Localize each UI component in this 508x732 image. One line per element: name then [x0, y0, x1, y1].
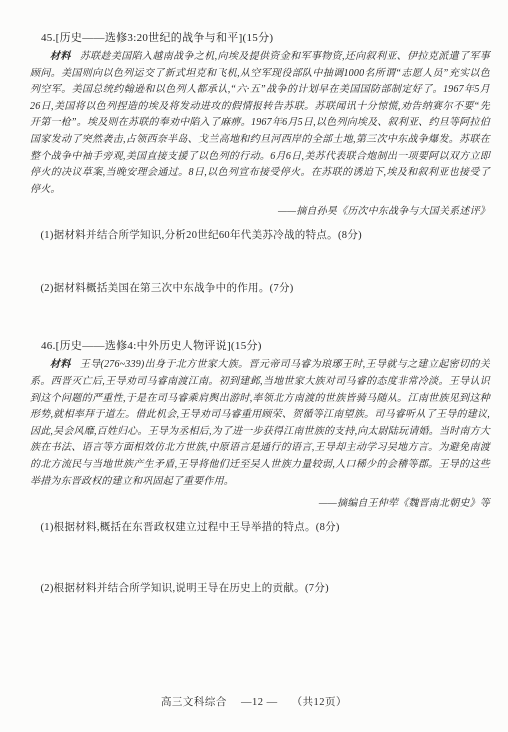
question-45-heading: 45.[历史——选修3:20世纪的战争与和平](15分)	[30, 30, 490, 47]
question-45-material: 材料苏联趁美国陷入越南战争之机,向埃及提供资金和军事物资,还向叙利亚、伊拉克派遣…	[30, 49, 490, 198]
question-45-sub-1: (1)据材料并结合所学知识,分析20世纪60年代美苏冷战的特点。(8分)	[30, 228, 490, 243]
question-46-source: ——摘编自王仲荦《魏晋南北朝史》等	[30, 496, 490, 512]
footer-page-number: —12 —	[241, 697, 278, 708]
material-text: 王导(276~339)出身于北方世家大族。晋元帝司马睿为琅琊王时,王导就与之建立…	[30, 359, 490, 486]
footer-course: 高三文科综合	[161, 697, 227, 708]
material-text: 苏联趁美国陷入越南战争之机,向埃及提供资金和军事物资,还向叙利亚、伊拉克派遣了军…	[30, 51, 490, 195]
question-46: 46.[历史——选修4:中外历史人物评说](15分) 材料王导(276~339)…	[30, 338, 490, 596]
exam-page: 45.[历史——选修3:20世纪的战争与和平](15分) 材料苏联趁美国陷入越南…	[0, 0, 508, 732]
question-46-title: [历史——选修4:中外历史人物评说](15分)	[56, 340, 262, 352]
question-45-title: [历史——选修3:20世纪的战争与和平](15分)	[56, 32, 274, 44]
question-46-heading: 46.[历史——选修4:中外历史人物评说](15分)	[30, 338, 490, 355]
page-footer: 高三文科综合—12 —（共12页）	[0, 694, 508, 709]
question-45-source: ——摘自孙昊《历次中东战争与大国关系述评》	[30, 204, 490, 220]
question-46-sub-2: (2)根据材料并结合所学知识,说明王导在历史上的贡献。(7分)	[30, 581, 490, 596]
material-label: 材料	[50, 51, 71, 62]
question-46-material: 材料王导(276~339)出身于北方世家大族。晋元帝司马睿为琅琊王时,王导就与之…	[30, 357, 490, 490]
question-45-number: 45.	[41, 32, 56, 44]
material-label: 材料	[50, 359, 71, 370]
question-45: 45.[历史——选修3:20世纪的战争与和平](15分) 材料苏联趁美国陷入越南…	[30, 30, 490, 296]
question-46-sub-1: (1)根据材料,概括在东晋政权建立过程中王导举措的特点。(8分)	[30, 520, 490, 535]
question-46-number: 46.	[41, 340, 56, 352]
footer-total-pages: （共12页）	[292, 697, 348, 708]
question-45-sub-2: (2)据材料概括美国在第三次中东战争中的作用。(7分)	[30, 281, 490, 296]
